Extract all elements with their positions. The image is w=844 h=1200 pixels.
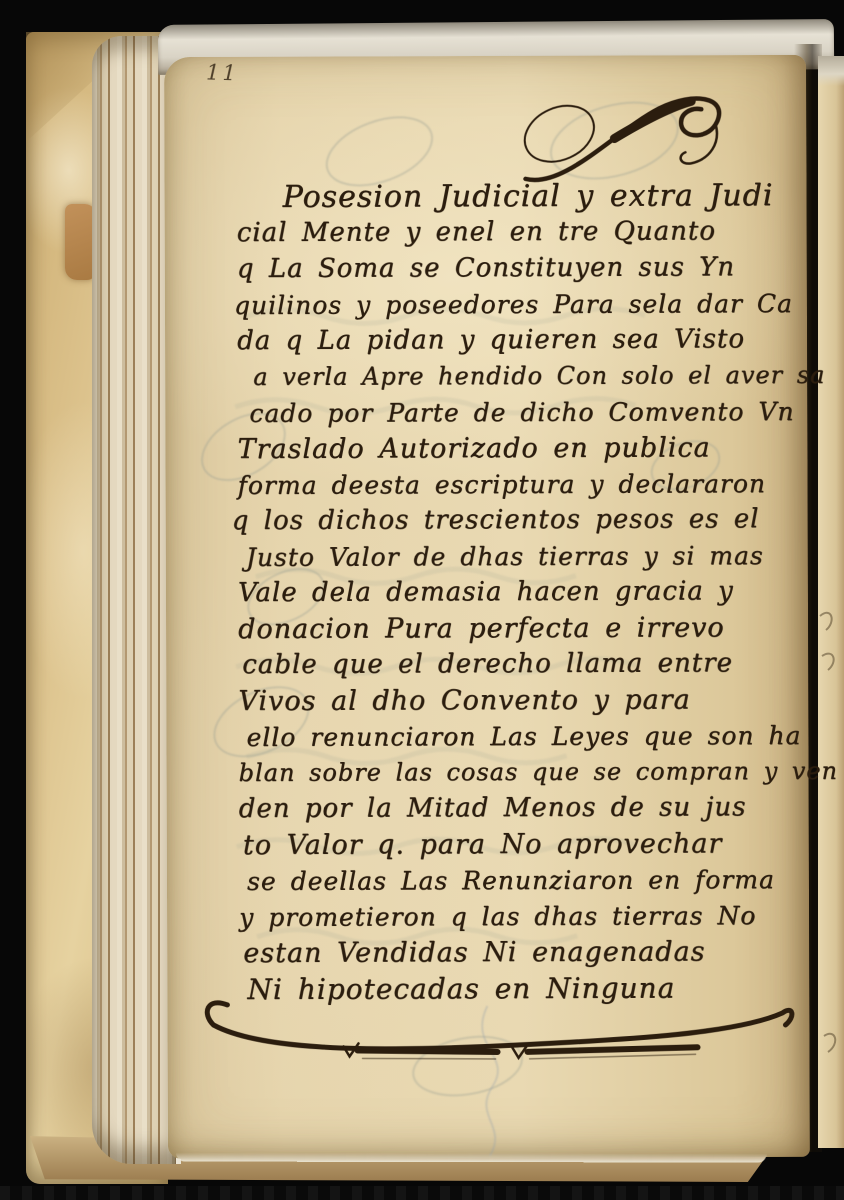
page-deckle-edge [176,1153,767,1163]
closing-bracket-swash [207,1001,792,1050]
manuscript-line: q La Soma se Constituyen sus Yn [237,249,806,287]
manuscript-line: a verla Apre hendido Con solo el aver sa [253,357,806,395]
manuscript-line: Justo Valor de dhas tierras y si mas [246,537,807,575]
manuscript-line: estan Vendidas Ni enagenadas [243,933,808,971]
manuscript-line: quilinos y poseedores Para sela dar Ca [234,285,806,323]
photo-bottom-strip [0,1186,844,1200]
closing-heavy-dash-right [528,1047,698,1052]
manuscript-line: Posesion Judicial y extra Judi [283,177,806,215]
closing-heavy-dash-left [358,1050,498,1052]
manuscript-line: forma deesta escriptura y declararon [238,465,807,503]
manuscript-line: to Valor q. para No aprovechar [243,825,808,863]
manuscript-line: den por la Mitad Menos de su jus [239,789,808,827]
manuscript-line: ello renunciaron Las Leyes que son ha [246,717,807,755]
manuscript-text: Posesion Judicial y extra Judicial Mente… [231,177,809,1007]
manuscript-line: y prometieron q las dhas tierras No [239,897,808,935]
manuscript-line: q los dichos trescientos pesos es el [232,501,807,539]
closing-thin-echo [363,1054,696,1059]
manuscript-page: 11 Posesion Judicial y extra Judicial Me… [164,55,810,1159]
manuscript-line: donacion Pura perfecta e irrevo [238,609,807,647]
manuscript-line: Traslado Autorizado en publica [237,429,806,467]
closing-rule-flourish [197,985,807,1067]
manuscript-line: se deellas Las Renunziaron en forma [247,861,808,899]
manuscript-line: cable que el derecho llama entre [242,645,807,683]
adjacent-page-sliver [818,56,844,1148]
flourish-oval-loop [519,95,603,172]
manuscript-line: da q La pidan y quieren sea Visto [237,321,806,359]
manuscript-line: cado por Parte de dicho Comvento Vn [249,393,806,431]
manuscript-line: blan sobre las cosas que se compran y ve… [239,753,808,791]
manuscript-line: Vivos al dho Convento y para [238,681,807,719]
manuscript-line: cial Mente y enel en tre Quanto [237,213,806,251]
flourish-main-swash [525,98,719,180]
manuscript-line: Vale dela demasia hacen gracia y [238,573,807,611]
adjacent-page-ink-marks [818,56,844,1148]
folio-number: 11 [206,60,239,85]
photo-stage: 11 Posesion Judicial y extra Judicial Me… [0,0,844,1200]
